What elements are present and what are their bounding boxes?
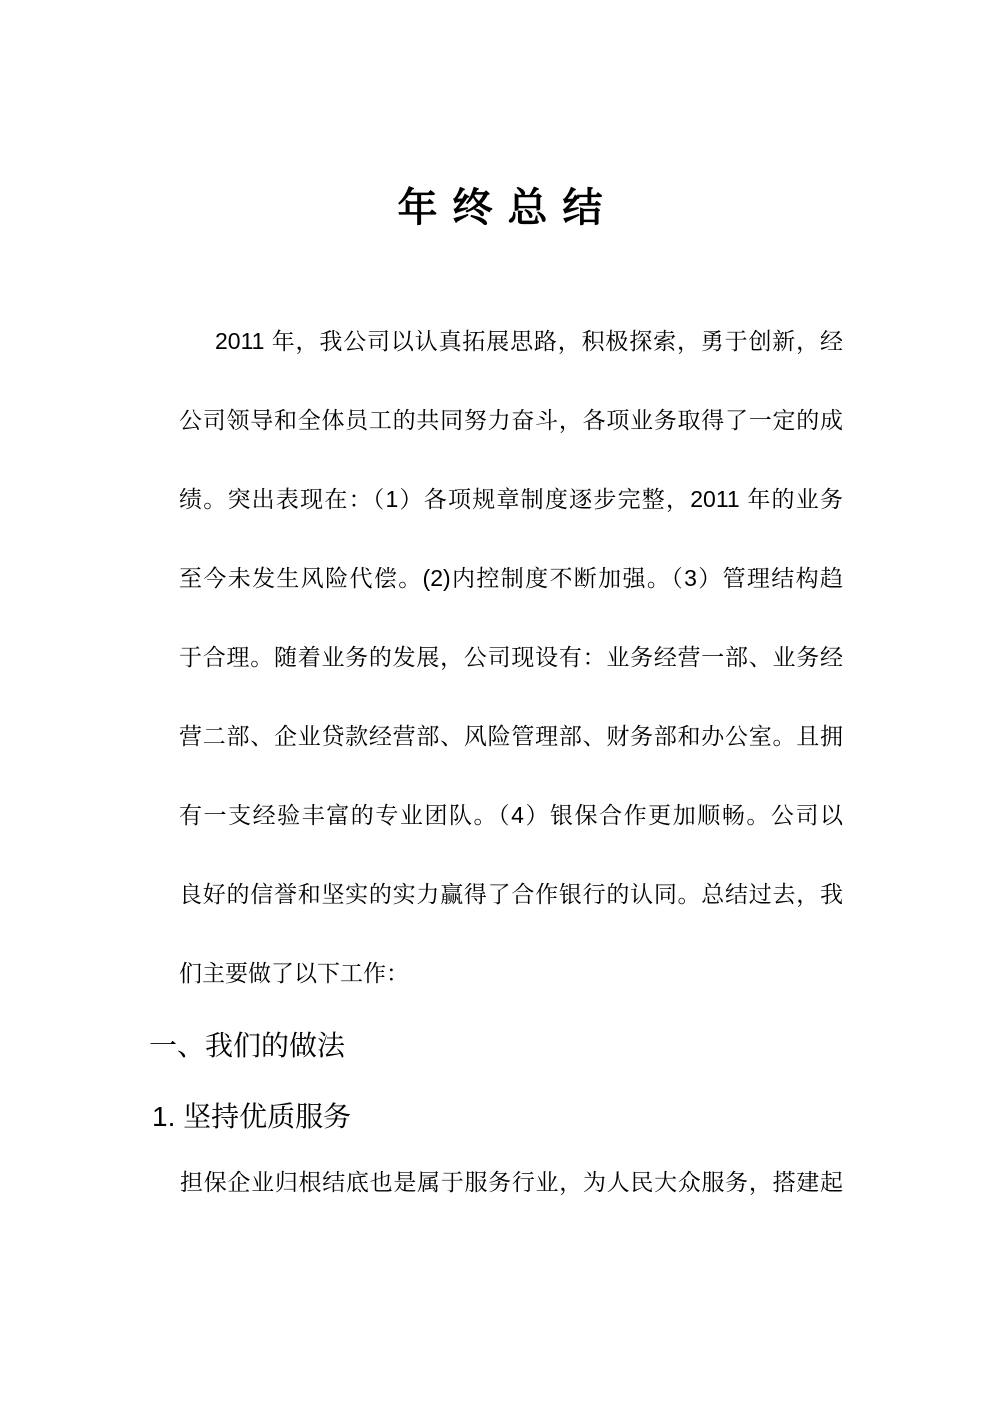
text-line: 良好的信誉和坚实的实力赢得了合作银行的认同。总结过去，我: [179, 879, 843, 958]
text-line: 2011 年，我公司以认真拓展思路，积极探索，勇于创新，经: [179, 326, 843, 405]
text-line: 至今未发生风险代偿。(2)内控制度不断加强。（3）管理结构趋: [179, 563, 843, 642]
text-line: 绩。突出表现在：（1）各项规章制度逐步完整，2011 年的业务: [179, 484, 843, 563]
document-title: 年终总结: [0, 186, 1000, 230]
section-heading-our-approach: 一、我们的做法: [149, 1029, 345, 1063]
document-page: 年终总结 2011 年，我公司以认真拓展思路，积极探索，勇于创新，经 公司领导和…: [0, 0, 1000, 1415]
text-line: 担保企业归根结底也是属于服务行业，为人民大众服务，搭建起: [180, 1167, 843, 1197]
subsection-heading-quality-service: 1. 坚持优质服务: [152, 1100, 351, 1134]
text-line: 有一支经验丰富的专业团队。（4）银保合作更加顺畅。公司以: [179, 800, 843, 879]
text-line: 营二部、企业贷款经营部、风险管理部、财务部和办公室。且拥: [179, 721, 843, 800]
text-line: 于合理。随着业务的发展，公司现设有：业务经营一部、业务经: [179, 642, 843, 721]
text-line: 公司领导和全体员工的共同努力奋斗，各项业务取得了一定的成: [179, 405, 843, 484]
service-paragraph: 担保企业归根结底也是属于服务行业，为人民大众服务，搭建起: [180, 1167, 843, 1197]
text-line: 们主要做了以下工作：: [179, 958, 843, 1037]
intro-paragraph: 2011 年，我公司以认真拓展思路，积极探索，勇于创新，经 公司领导和全体员工的…: [179, 326, 843, 1037]
